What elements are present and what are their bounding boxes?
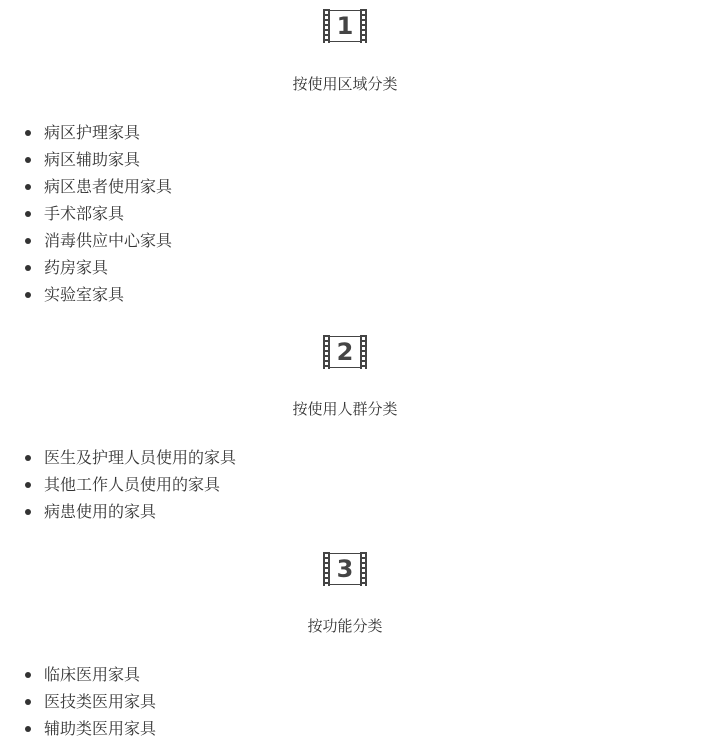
section-title: 按功能分类: [0, 615, 690, 636]
section-list: 病区护理家具 病区辅助家具 病区患者使用家具 手术部家具 消毒供应中心家具 药房…: [0, 119, 172, 308]
film-number-badge-3: 3: [323, 552, 367, 586]
list-item: 病区辅助家具: [44, 146, 172, 173]
list-item: 医生及护理人员使用的家具: [44, 444, 236, 471]
film-strip-icon: [360, 552, 367, 586]
list-item: 病区护理家具: [44, 119, 172, 146]
list-item: 病区患者使用家具: [44, 173, 172, 200]
film-strip-icon: [360, 335, 367, 369]
list-item: 药房家具: [44, 254, 172, 281]
list-item: 病患使用的家具: [44, 498, 236, 525]
section-number: 1: [330, 10, 360, 42]
list-item: 临床医用家具: [44, 661, 156, 688]
section-title: 按使用区域分类: [0, 73, 690, 94]
film-strip-icon: [323, 552, 330, 586]
section-list: 临床医用家具 医技类医用家具 辅助类医用家具: [0, 661, 156, 742]
list-item: 手术部家具: [44, 200, 172, 227]
film-number-badge-2: 2: [323, 335, 367, 369]
film-strip-icon: [323, 9, 330, 43]
film-strip-icon: [323, 335, 330, 369]
section-number: 3: [330, 553, 360, 585]
film-strip-icon: [360, 9, 367, 43]
list-item: 其他工作人员使用的家具: [44, 471, 236, 498]
list-item: 实验室家具: [44, 281, 172, 308]
section-list: 医生及护理人员使用的家具 其他工作人员使用的家具 病患使用的家具: [0, 444, 236, 525]
list-item: 医技类医用家具: [44, 688, 156, 715]
section-title: 按使用人群分类: [0, 398, 690, 419]
list-item: 消毒供应中心家具: [44, 227, 172, 254]
list-item: 辅助类医用家具: [44, 715, 156, 742]
section-number: 2: [330, 336, 360, 368]
film-number-badge-1: 1: [323, 9, 367, 43]
